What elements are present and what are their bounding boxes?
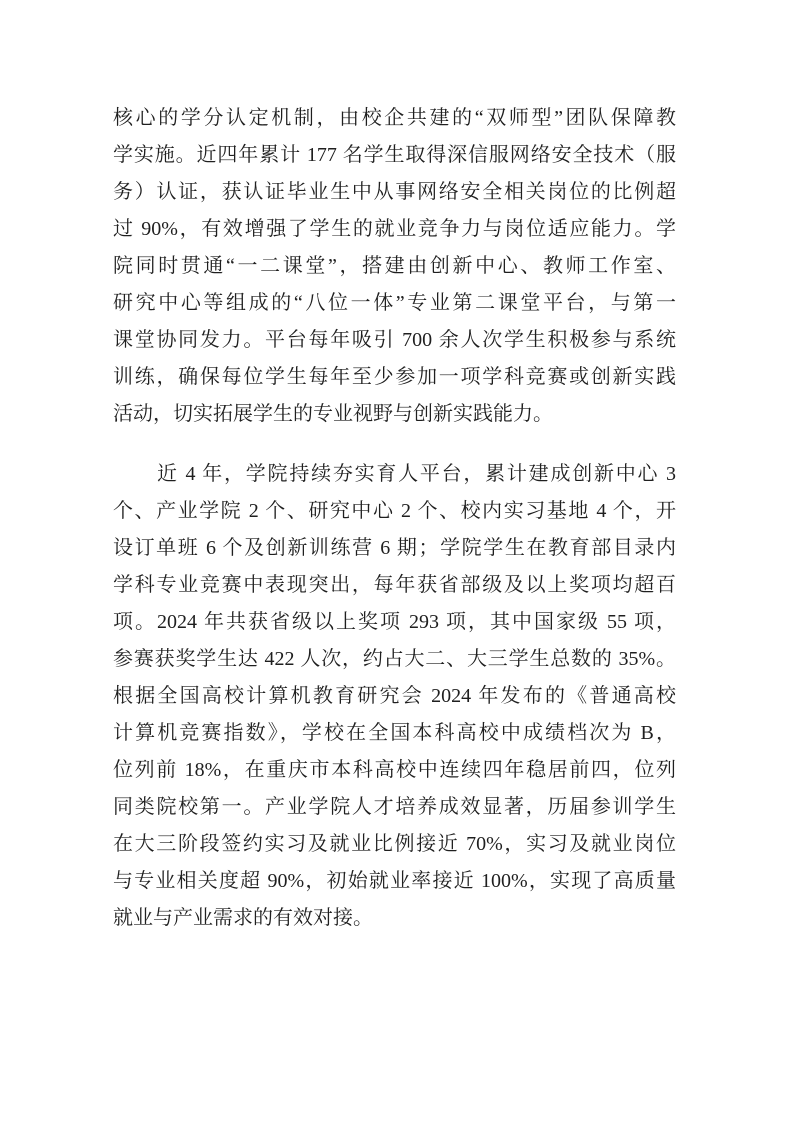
text-line: 就业与产业需求的有效对接。 [113,900,676,937]
text-line: 训练，确保每位学生每年至少参加一项学科竞赛或创新实践 [113,359,676,396]
text-line: 同类院校第一。产业学院人才培养成效显著，历届参训学生 [113,789,676,826]
text-line: 设订单班 6 个及创新训练营 6 期；学院学生在教育部目录内 [113,530,676,567]
text-line: 在大三阶段签约实习及就业比例接近 70%，实习及就业岗位 [113,826,676,863]
text-block: 核心的学分认定机制，由校企共建的“双师型”团队保障教 学实施。近四年累计 177… [113,100,676,937]
text-line: 学实施。近四年累计 177 名学生取得深信服网络安全技术（服 [113,137,676,174]
text-line: 近 4 年，学院持续夯实育人平台，累计建成创新中心 3 [113,456,676,493]
text-line: 学科专业竞赛中表现突出，每年获省部级及以上奖项均超百 [113,567,676,604]
text-line: 计算机竞赛指数》，学校在全国本科高校中成绩档次为 B， [113,715,676,752]
text-line: 过 90%，有效增强了学生的就业竞争力与岗位适应能力。学 [113,211,676,248]
text-line: 项。2024 年共获省级以上奖项 293 项，其中国家级 55 项， [113,604,676,641]
text-line: 核心的学分认定机制，由校企共建的“双师型”团队保障教 [113,100,676,137]
text-line: 务）认证，获认证毕业生中从事网络安全相关岗位的比例超 [113,174,676,211]
text-line: 研究中心等组成的“八位一体”专业第二课堂平台，与第一 [113,285,676,322]
paragraph-1: 核心的学分认定机制，由校企共建的“双师型”团队保障教 学实施。近四年累计 177… [113,100,676,433]
text-line: 院同时贯通“一二课堂”，搭建由创新中心、教师工作室、 [113,248,676,285]
text-line: 根据全国高校计算机教育研究会 2024 年发布的《普通高校 [113,678,676,715]
paragraph-2: 近 4 年，学院持续夯实育人平台，累计建成创新中心 3 个、产业学院 2 个、研… [113,456,676,937]
text-line: 活动，切实拓展学生的专业视野与创新实践能力。 [113,396,676,433]
document-page: 核心的学分认定机制，由校企共建的“双师型”团队保障教 学实施。近四年累计 177… [0,0,793,1122]
text-line: 参赛获奖学生达 422 人次，约占大二、大三学生总数的 35%。 [113,641,676,678]
text-line: 与专业相关度超 90%，初始就业率接近 100%，实现了高质量 [113,863,676,900]
text-line: 课堂协同发力。平台每年吸引 700 余人次学生积极参与系统 [113,322,676,359]
text-line: 位列前 18%，在重庆市本科高校中连续四年稳居前四，位列 [113,752,676,789]
text-line: 个、产业学院 2 个、研究中心 2 个、校内实习基地 4 个，开 [113,493,676,530]
